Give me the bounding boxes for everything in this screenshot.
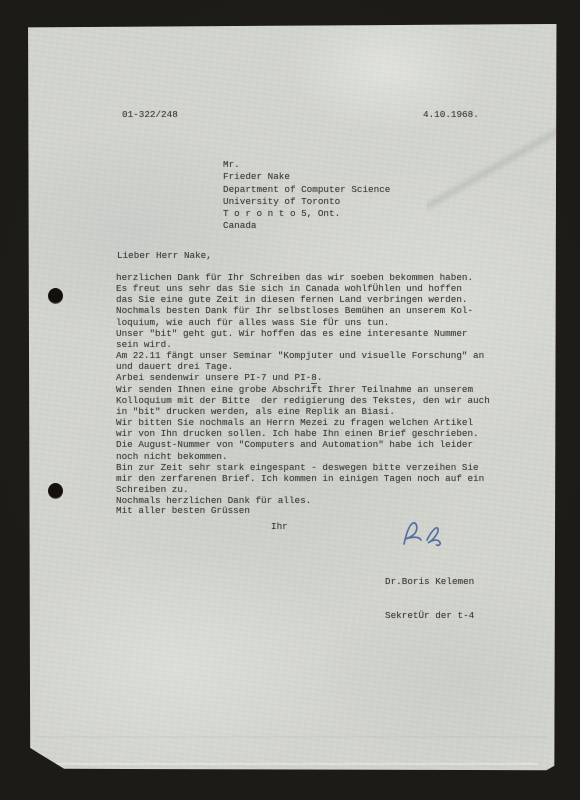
text-line: Kolloquium mit der Bitte der redigierung… <box>116 395 490 406</box>
letter-paper: 01-322/248 4.10.1968. Mr.Frieder NakeDep… <box>27 24 557 771</box>
letter-date: 4.10.1968. <box>423 109 479 120</box>
photo-background: 01-322/248 4.10.1968. Mr.Frieder NakeDep… <box>0 0 580 800</box>
text-line: herzlichen Dank für Ihr Schreiben das wi… <box>116 272 490 283</box>
paper-crease <box>37 724 547 750</box>
signature-block: Dr.Boris Kelemen SekretÜr der t-4 <box>385 553 474 644</box>
text-line: wir von Ihn drucken sollen. Ich habe Ihn… <box>116 428 490 439</box>
signatory-title: SekretÜr der t-4 <box>385 610 474 621</box>
text-line: Die August-Nummer von "Computers and Aut… <box>116 439 490 450</box>
text-line: Wir bitten Sie nochmals an Herrn Mezei z… <box>116 417 490 428</box>
recipient-address: Mr.Frieder NakeDepartment of Computer Sc… <box>223 159 390 233</box>
text-line: und dauert drei Tage. <box>116 361 490 372</box>
salutation: Lieber Herr Nake, <box>117 250 212 261</box>
letter-body: herzlichen Dank für Ihr Schreiben das wi… <box>116 272 490 506</box>
text-line: Department of Computer Science <box>223 184 390 196</box>
closing-phrase: Mit aller besten Grüssen <box>116 505 250 516</box>
text-line: Arbei sendenwir unsere PI-7 und PI-8. <box>116 372 490 383</box>
text-line: noch nicht bekommen. <box>116 451 490 462</box>
text-line: T o r o n t o 5, Ont. <box>223 208 390 220</box>
text-line: mir den zerfarenen Brief. Ich kommen in … <box>116 473 490 484</box>
text-line: Frieder Nake <box>223 171 390 183</box>
text-line: in "bit" drucken werden, als eine Replik… <box>116 406 490 417</box>
text-line: Schreiben zu. <box>116 484 490 495</box>
closing-pronoun: Ihr <box>271 521 288 532</box>
text-line: Unser "bit" geht gut. Wir hoffen das es … <box>116 328 490 339</box>
text-line: University of Toronto <box>223 196 390 208</box>
text-line: Bin zur Zeit sehr stark eingespant - des… <box>116 462 490 473</box>
text-line: das Sie eine gute Zeit in diesen fernen … <box>116 294 490 305</box>
text-line: loquium, wie auch für alles wass Sie fÜr… <box>116 317 490 328</box>
paper-crease <box>427 114 557 224</box>
text-line: Am 22.11 fängt unser Seminar "Kompjuter … <box>116 350 490 361</box>
paper-edge-highlight <box>47 763 537 767</box>
text-line: Es freut uns sehr das Sie sich in Canada… <box>116 283 490 294</box>
reference-number: 01-322/248 <box>122 109 178 120</box>
hole-punch-top <box>48 288 63 304</box>
text-line: sein wird. <box>116 339 490 350</box>
text-line: Wir senden Ihnen eine grobe Abschrift Ih… <box>116 384 490 395</box>
text-line: Nochmals besten Dank für Ihr selbstloses… <box>116 305 490 316</box>
text-line: Canada <box>223 220 390 232</box>
text-line: Mr. <box>223 159 390 171</box>
signatory-name: Dr.Boris Kelemen <box>385 576 474 587</box>
typewriter-underline <box>311 383 317 384</box>
hole-punch-bottom <box>48 483 63 499</box>
signature-initials <box>396 517 448 551</box>
